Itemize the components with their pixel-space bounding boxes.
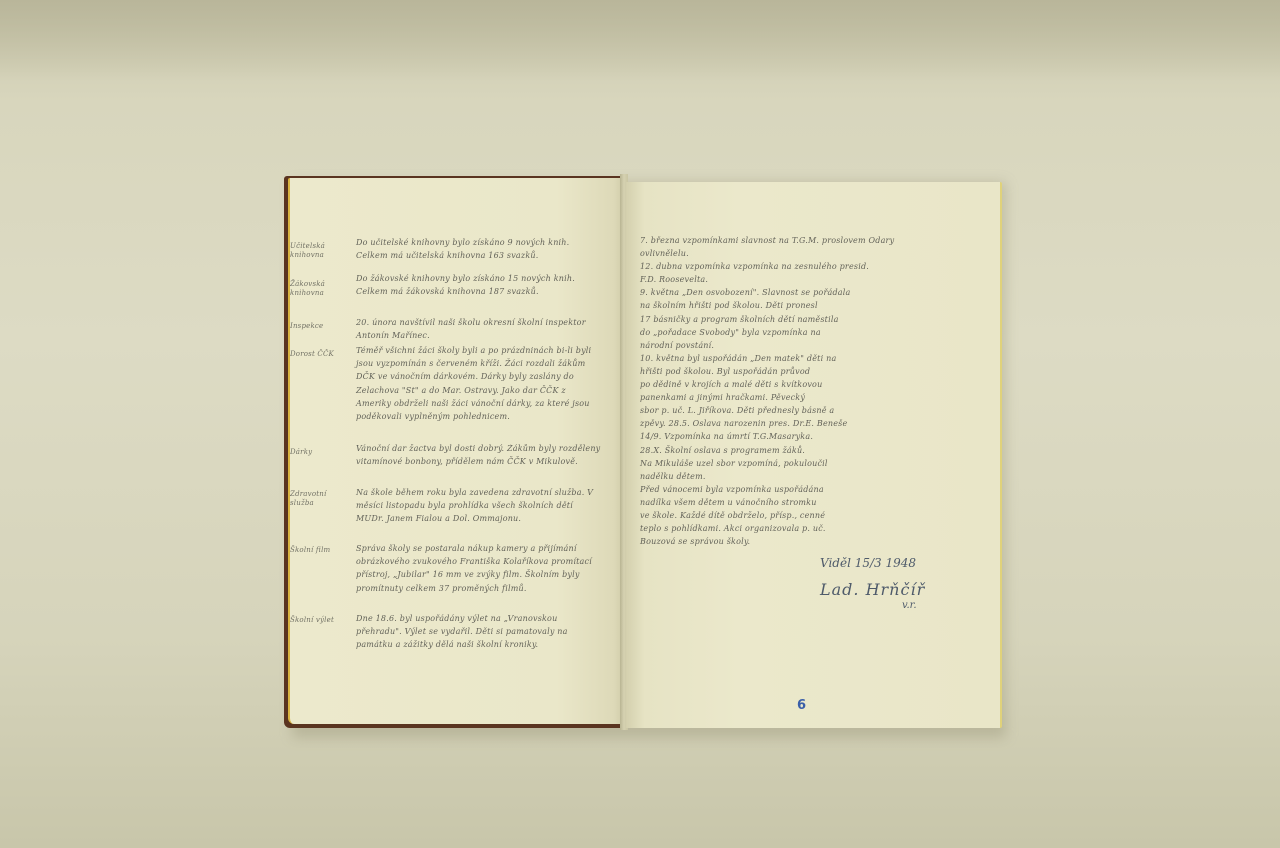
margin-label: Učitelská knihovna: [290, 242, 346, 260]
entry-text: Do žákovské knihovny bylo získáno 15 nov…: [356, 272, 602, 298]
margin-label: Inspekce: [290, 322, 346, 331]
text-line: 14/9. Vzpomínka na úmrtí T.G.Masaryka.: [640, 430, 940, 443]
entry-text: Téměř všichni žáci školy byli a po prázd…: [356, 344, 602, 423]
text-line: F.D. Roosevelta.: [640, 273, 940, 286]
text-line: zpěvy. 28.5. Oslava narozenin pres. Dr.E…: [640, 417, 940, 430]
text-line: Před vánocemi byla vzpomínka uspořádána: [640, 483, 940, 496]
background-shadow: [0, 0, 1280, 80]
entry-text: Do učitelské knihovny bylo získáno 9 nov…: [356, 236, 602, 262]
text-line: na školním hřišti pod školou. Děti prone…: [640, 299, 940, 312]
margin-label: Zdravotní služba: [290, 490, 346, 508]
right-page-text: 7. března vzpomínkami slavnost na T.G.M.…: [640, 234, 940, 548]
text-line: Bouzová se správou školy.: [640, 535, 940, 548]
text-line: ovlivnělelu.: [640, 247, 940, 260]
text-line: sbor p. uč. L. Jiříkova. Děti přednesly …: [640, 404, 940, 417]
text-line: ve škole. Každé dítě obdrželo, přísp., c…: [640, 509, 940, 522]
text-line: 10. května byl uspořádán „Den matek" dět…: [640, 352, 940, 365]
open-book: Učitelská knihovna Do učitelské knihovny…: [284, 172, 1002, 732]
margin-label: Školní výlet: [290, 616, 346, 625]
text-line: nadělku dětem.: [640, 470, 940, 483]
text-line: národní povstání.: [640, 339, 940, 352]
entry-text: Vánoční dar žactva byl dosti dobrý. Žáků…: [356, 442, 602, 468]
text-line: panenkami a jinými hračkami. Pěvecký: [640, 391, 940, 404]
text-line: Na Mikuláše uzel sbor vzpomíná, pokulouč…: [640, 457, 940, 470]
signature-name: Lad. Hrňčíř: [820, 580, 925, 599]
text-line: 28.X. Školní oslava s programem žáků.: [640, 444, 940, 457]
text-line: po dědině v krojích a malé děti s kvítko…: [640, 378, 940, 391]
text-line: nadílka všem dětem u vánočního stromku: [640, 496, 940, 509]
margin-label: Dorost ČČK: [290, 350, 346, 359]
entry-text: Na škole během roku byla zavedena zdravo…: [356, 486, 602, 526]
text-line: 7. března vzpomínkami slavnost na T.G.M.…: [640, 234, 940, 247]
text-line: do „pořadace Svobody" byla vzpomínka na: [640, 326, 940, 339]
entry-text: 20. února navštívil naši školu okresní š…: [356, 316, 602, 342]
text-line: teplo s pohlídkami. Akci organizovala p.…: [640, 522, 940, 535]
text-line: hřišti pod školou. Byl uspořádán průvod: [640, 365, 940, 378]
margin-label: Dárky: [290, 448, 346, 457]
text-line: 17 básničky a program školních dětí namě…: [640, 313, 940, 326]
text-line: 9. května „Den osvobození". Slavnost se …: [640, 286, 940, 299]
entry-text: Dne 18.6. byl uspořádány výlet na „Vrano…: [356, 612, 602, 652]
signature-seen-date: Viděl 15/3 1948: [820, 556, 916, 570]
page-number: 6: [797, 698, 806, 713]
text-line: 12. dubna vzpomínka vzpomínka na zesnulé…: [640, 260, 940, 273]
signature-suffix: v.r.: [902, 600, 917, 611]
margin-label: Školní film: [290, 546, 346, 555]
margin-label: Žákovská knihovna: [290, 280, 346, 298]
entry-text: Správa školy se postarala nákup kamery a…: [356, 542, 602, 595]
